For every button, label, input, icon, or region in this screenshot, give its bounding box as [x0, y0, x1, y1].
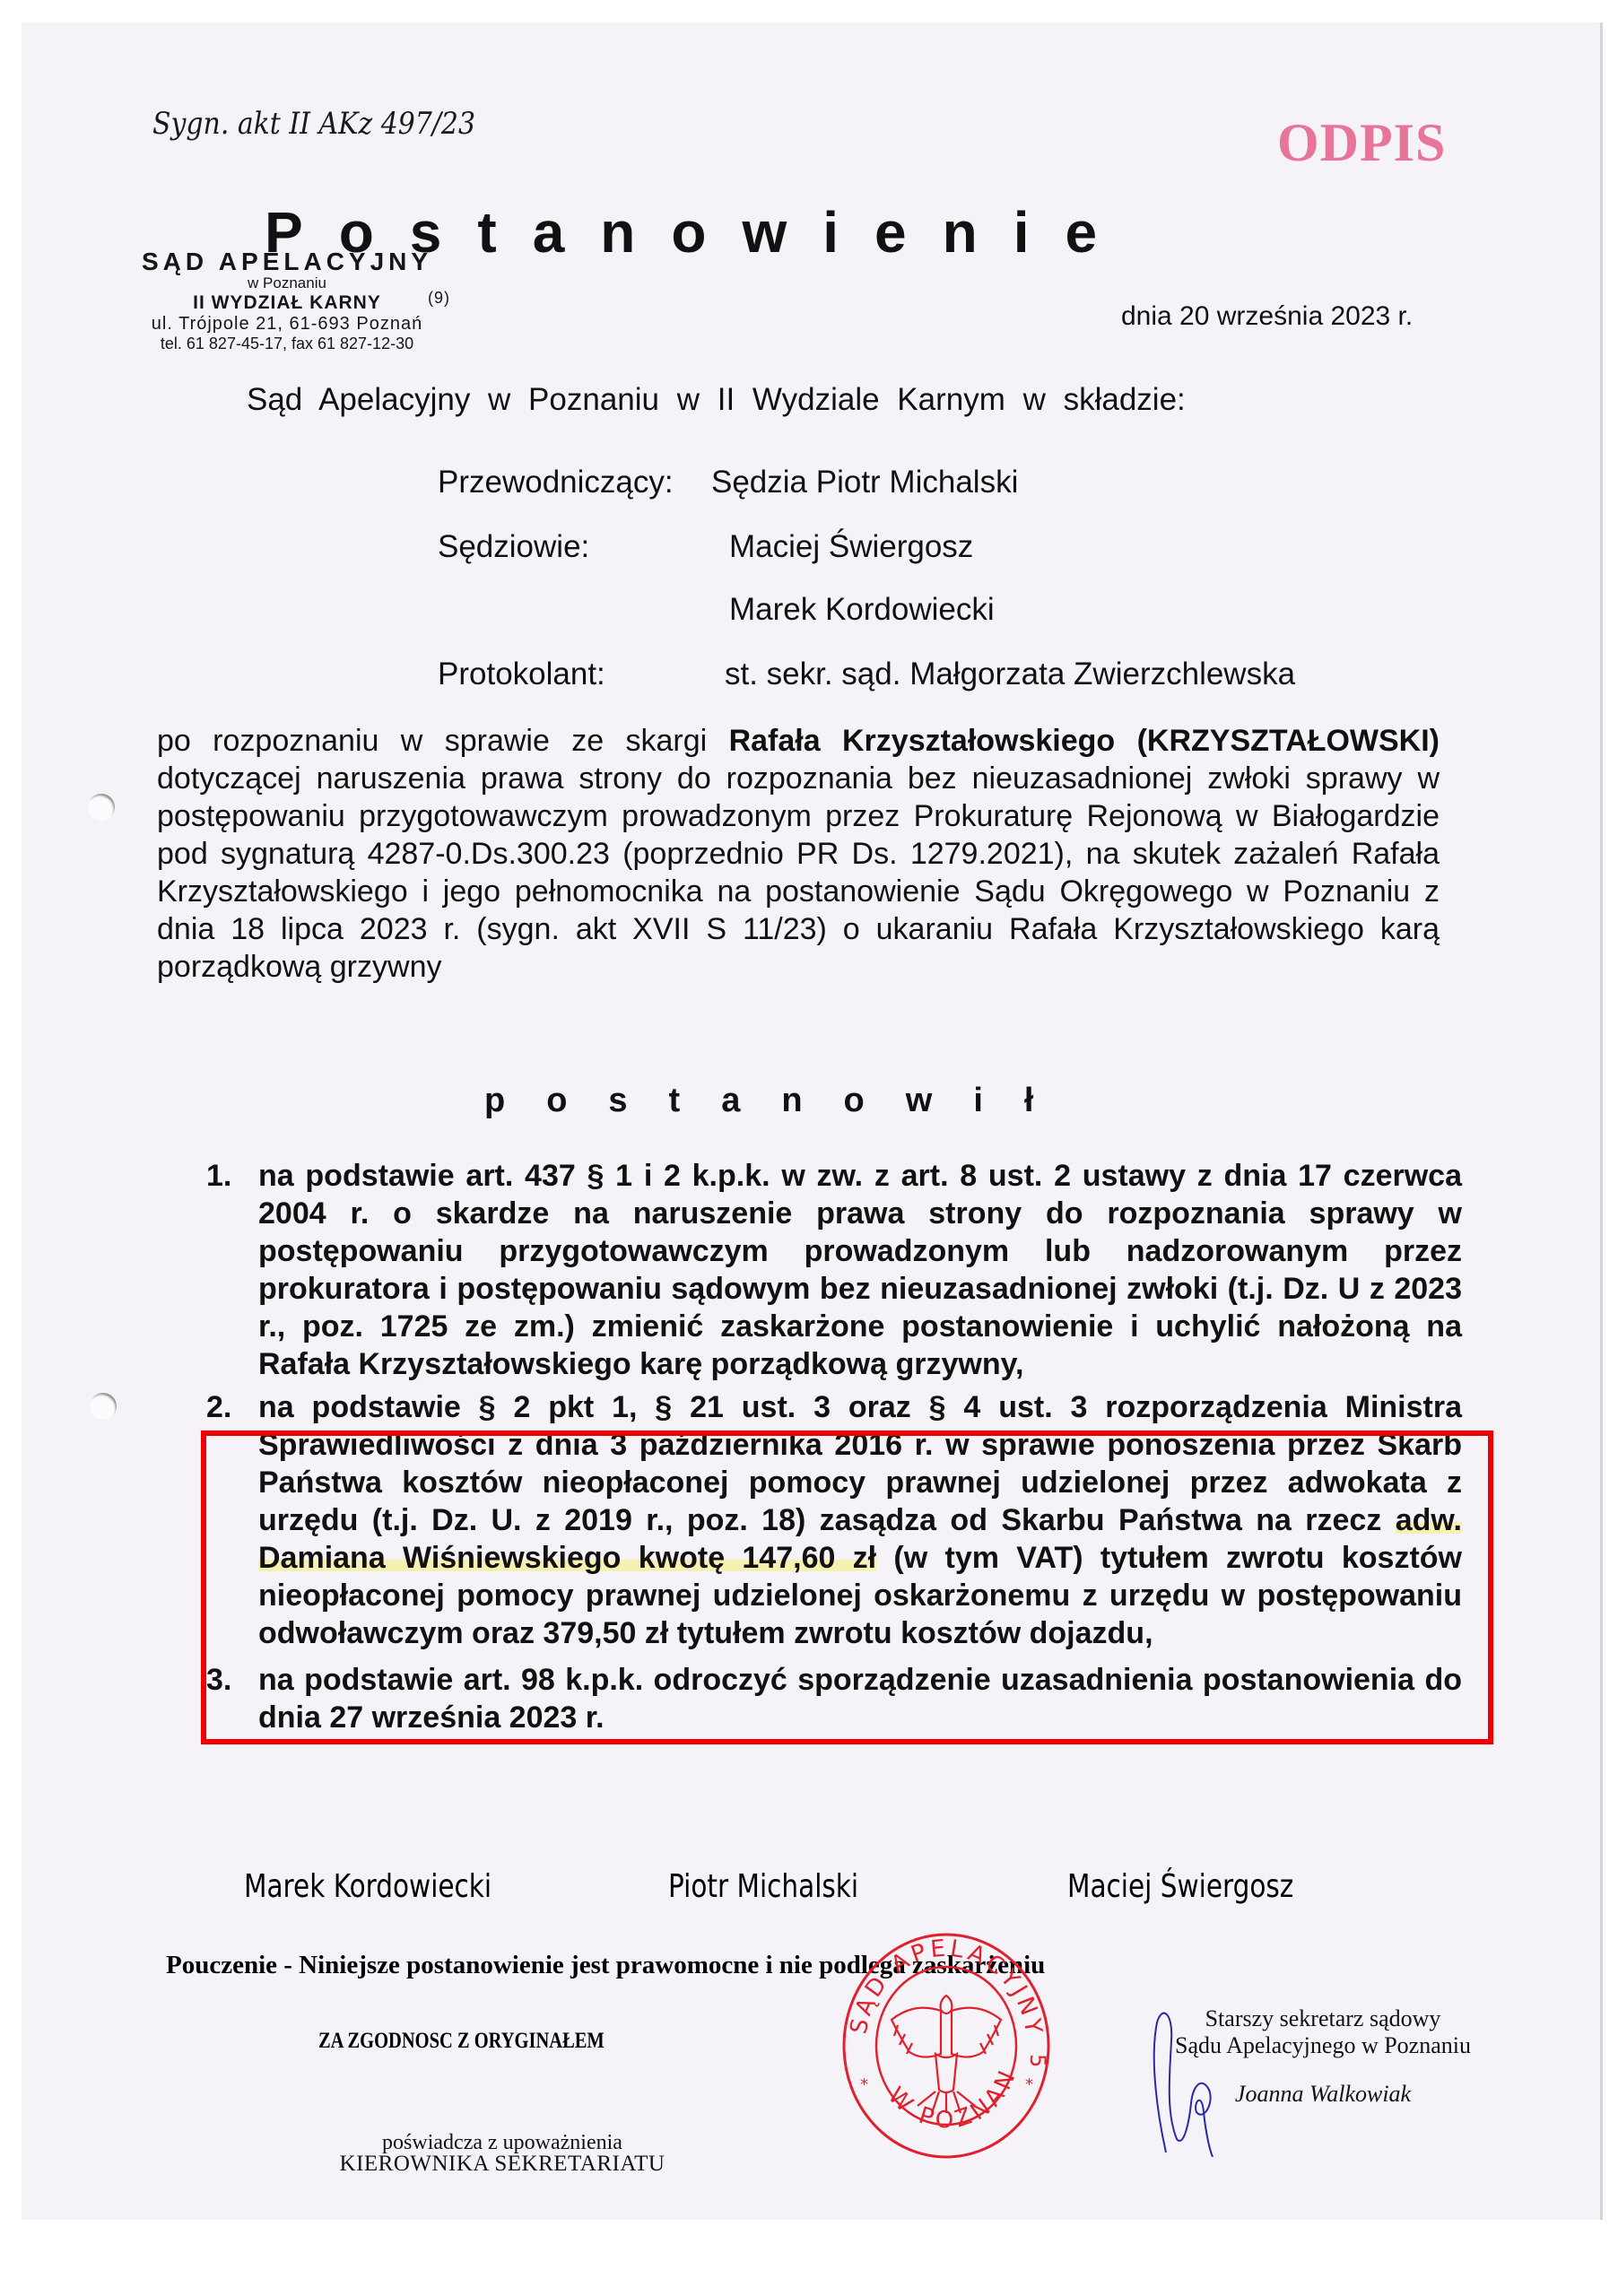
court-phone: tel. 61 827-45-17, fax 61 827-12-30 [108, 335, 466, 353]
judge-signature: Marek Kordowiecki [244, 1868, 491, 1905]
case-signature: Sygn. akt II AKz 497/23 [152, 106, 475, 142]
presiding-value: Sędzia Piotr Michalski [711, 465, 1018, 500]
decision-item: 1. na podstawie art. 437 § 1 i 2 k.p.k. … [206, 1157, 1462, 1383]
stamp-number: (9) [428, 289, 450, 308]
decision-heading: postanowił [484, 1082, 1074, 1120]
judge-name: Marek Kordowiecki [729, 592, 995, 628]
handwritten-signature-icon [1103, 2005, 1283, 2157]
composition-intro: Sąd Apelacyjny w Poznaniu w II Wydziale … [247, 382, 1186, 418]
svg-text:5: 5 [1025, 2054, 1050, 2067]
judge-signature: Piotr Michalski [668, 1868, 858, 1905]
court-division: II WYDZIAŁ KARNY(9) [108, 292, 466, 314]
court-address: ul. Trójpole 21, 61-693 Poznań [108, 314, 466, 335]
judge-signature: Maciej Świergosz [1067, 1868, 1293, 1905]
presiding-label: Przewodniczący: [438, 465, 674, 500]
document-title: Postanowienie [265, 199, 1133, 265]
punch-hole [90, 1393, 117, 1420]
punch-hole [88, 794, 115, 821]
document-date: dnia 20 września 2023 r. [1121, 301, 1413, 332]
svg-text:*: * [860, 2075, 868, 2094]
certification-text: poświadcza z upoważnienia KIEROWNIKA SEK… [323, 2132, 682, 2175]
judge-name: Maciej Świergosz [729, 529, 973, 565]
round-seal-eagle-icon: SĄD APELACYJNY W POZNANIU * * 5 [839, 1928, 1054, 2163]
clerk-value: st. sekr. sąd. Małgorzata Zwierzchlewska [725, 657, 1295, 692]
svg-text:*: * [1025, 2075, 1033, 2094]
judges-label: Sędziowie: [438, 529, 589, 565]
court-city: w Poznaniu [108, 274, 466, 292]
svg-text:SĄD APELACYJNY: SĄD APELACYJNY [846, 1935, 1048, 2039]
copy-stamp: ODPIS [1277, 112, 1446, 174]
annotation-highlight-box [201, 1431, 1493, 1744]
complainant-name: Rafała Krzyształowskiego (KRZYSZTAŁOWSKI… [729, 724, 1440, 758]
preamble-paragraph: po rozpoznaniu w sprawie ze skargi Rafał… [157, 722, 1440, 986]
clerk-label: Protokolant: [438, 657, 605, 692]
certification-stamp: ZA ZGODNOSC Z ORYGINAŁEM [318, 2029, 605, 2054]
